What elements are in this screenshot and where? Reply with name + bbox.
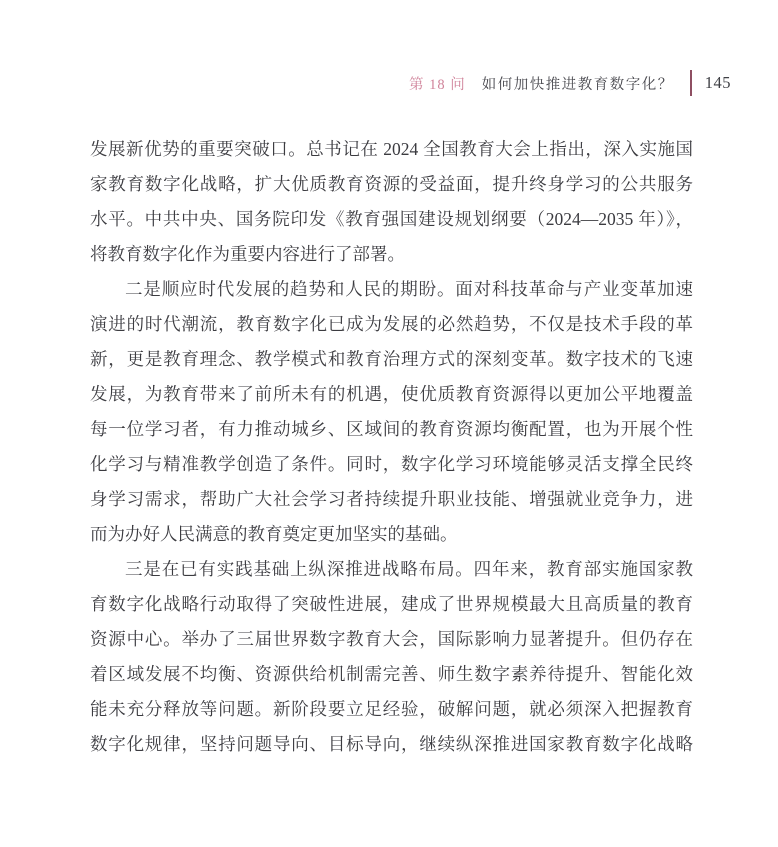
text-line: 能未充分释放等问题。新阶段要立足经验，破解问题，就必须深入把握教育 (90, 692, 693, 727)
text-line: 身学习需求，帮助广大社会学习者持续提升职业技能、增强就业竞争力，进 (90, 482, 693, 517)
text-line: 数字化规律，坚持问题导向、目标导向，继续纵深推进国家教育数字化战略 (90, 727, 693, 762)
text-line: 而为办好人民满意的教育奠定更加坚实的基础。 (90, 517, 693, 552)
text-line: 家教育数字化战略，扩大优质教育资源的受益面，提升终身学习的公共服务 (90, 167, 693, 202)
page-body: 发展新优势的重要突破口。总书记在 2024 全国教育大会上指出，深入实施国家教育… (90, 132, 693, 762)
header-divider (690, 70, 692, 96)
text-line: 三是在已有实践基础上纵深推进战略布局。四年来，教育部实施国家教 (90, 552, 693, 587)
text-line: 新，更是教育理念、教学模式和教育治理方式的深刻变革。数字技术的飞速 (90, 342, 693, 377)
chapter-title: 如何加快推进教育数字化？ (482, 73, 674, 94)
page-header: 第 18 问 如何加快推进教育数字化？ 145 (409, 68, 731, 98)
page-number: 145 (705, 73, 731, 93)
text-line: 将教育数字化作为重要内容进行了部署。 (90, 237, 693, 272)
text-line: 水平。中共中央、国务院印发《教育强国建设规划纲要（2024—2035 年）》， (90, 202, 693, 237)
text-line: 二是顺应时代发展的趋势和人民的期盼。面对科技革命与产业变革加速 (90, 272, 693, 307)
text-line: 化学习与精准教学创造了条件。同时，数字化学习环境能够灵活支撑全民终 (90, 447, 693, 482)
text-line: 育数字化战略行动取得了突破性进展，建成了世界规模最大且高质量的教育 (90, 587, 693, 622)
text-line: 发展，为教育带来了前所未有的机遇，使优质教育资源得以更加公平地覆盖 (90, 377, 693, 412)
chapter-question-label: 第 18 问 (409, 73, 466, 94)
text-line: 发展新优势的重要突破口。总书记在 2024 全国教育大会上指出，深入实施国 (90, 132, 693, 167)
text-line: 资源中心。举办了三届世界数字教育大会，国际影响力显著提升。但仍存在 (90, 622, 693, 657)
book-page: 第 18 问 如何加快推进教育数字化？ 145 发展新优势的重要突破口。总书记在… (0, 0, 778, 847)
text-line: 着区域发展不均衡、资源供给机制需完善、师生数字素养待提升、智能化效 (90, 657, 693, 692)
text-line: 演进的时代潮流，教育数字化已成为发展的必然趋势，不仅是技术手段的革 (90, 307, 693, 342)
text-line: 每一位学习者，有力推动城乡、区域间的教育资源均衡配置，也为开展个性 (90, 412, 693, 447)
